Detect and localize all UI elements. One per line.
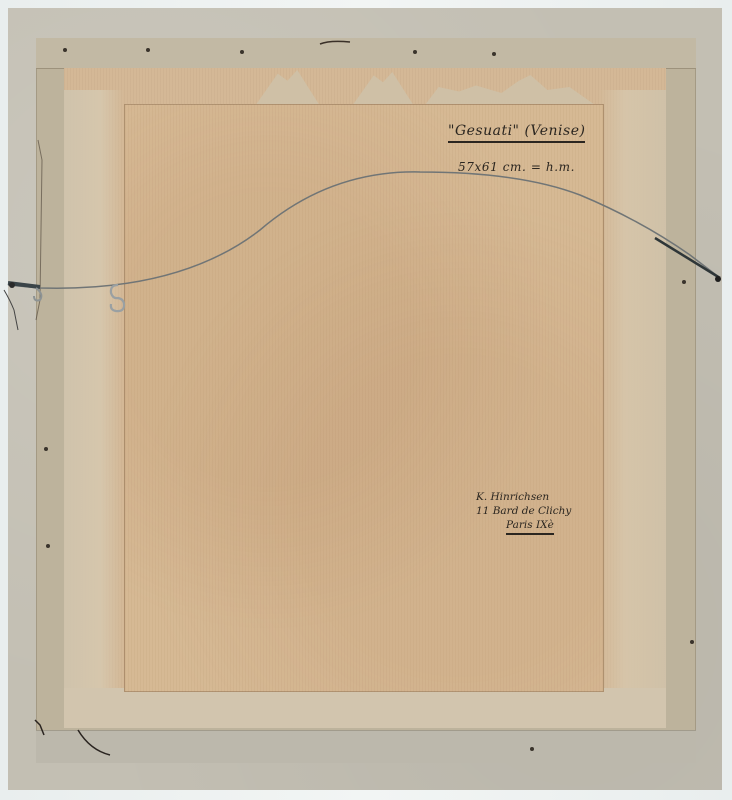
painting-title-label: "Gesuati" (Venise) [448,123,585,143]
nail-hole [682,280,686,284]
glue-stain-bottom [64,688,666,728]
address-line-3: Paris IXè [506,518,554,535]
address-line-2: 11 Bard de Clichy [476,504,571,518]
nail-hole [492,52,496,56]
nail-hole [530,747,534,751]
tape-top-strip [36,38,696,69]
glue-stain-right [598,90,666,710]
nail-hole [240,50,244,54]
inner-paper-sheet [124,104,604,692]
nail-hole [44,447,48,451]
address-line-1: K. Hinrichsen [476,490,571,504]
nail-hole [46,544,50,548]
nail-hole [690,640,694,644]
tape-bottom-strip [36,730,696,763]
nail-hole [63,48,67,52]
painting-dimensions-label: 57x61 cm. = h.m. [458,160,575,174]
nail-hole [146,48,150,52]
owner-address-label: K. Hinrichsen 11 Bard de Clichy Paris IX… [476,490,571,535]
nail-hole [413,50,417,54]
glue-stain-left [64,90,124,690]
